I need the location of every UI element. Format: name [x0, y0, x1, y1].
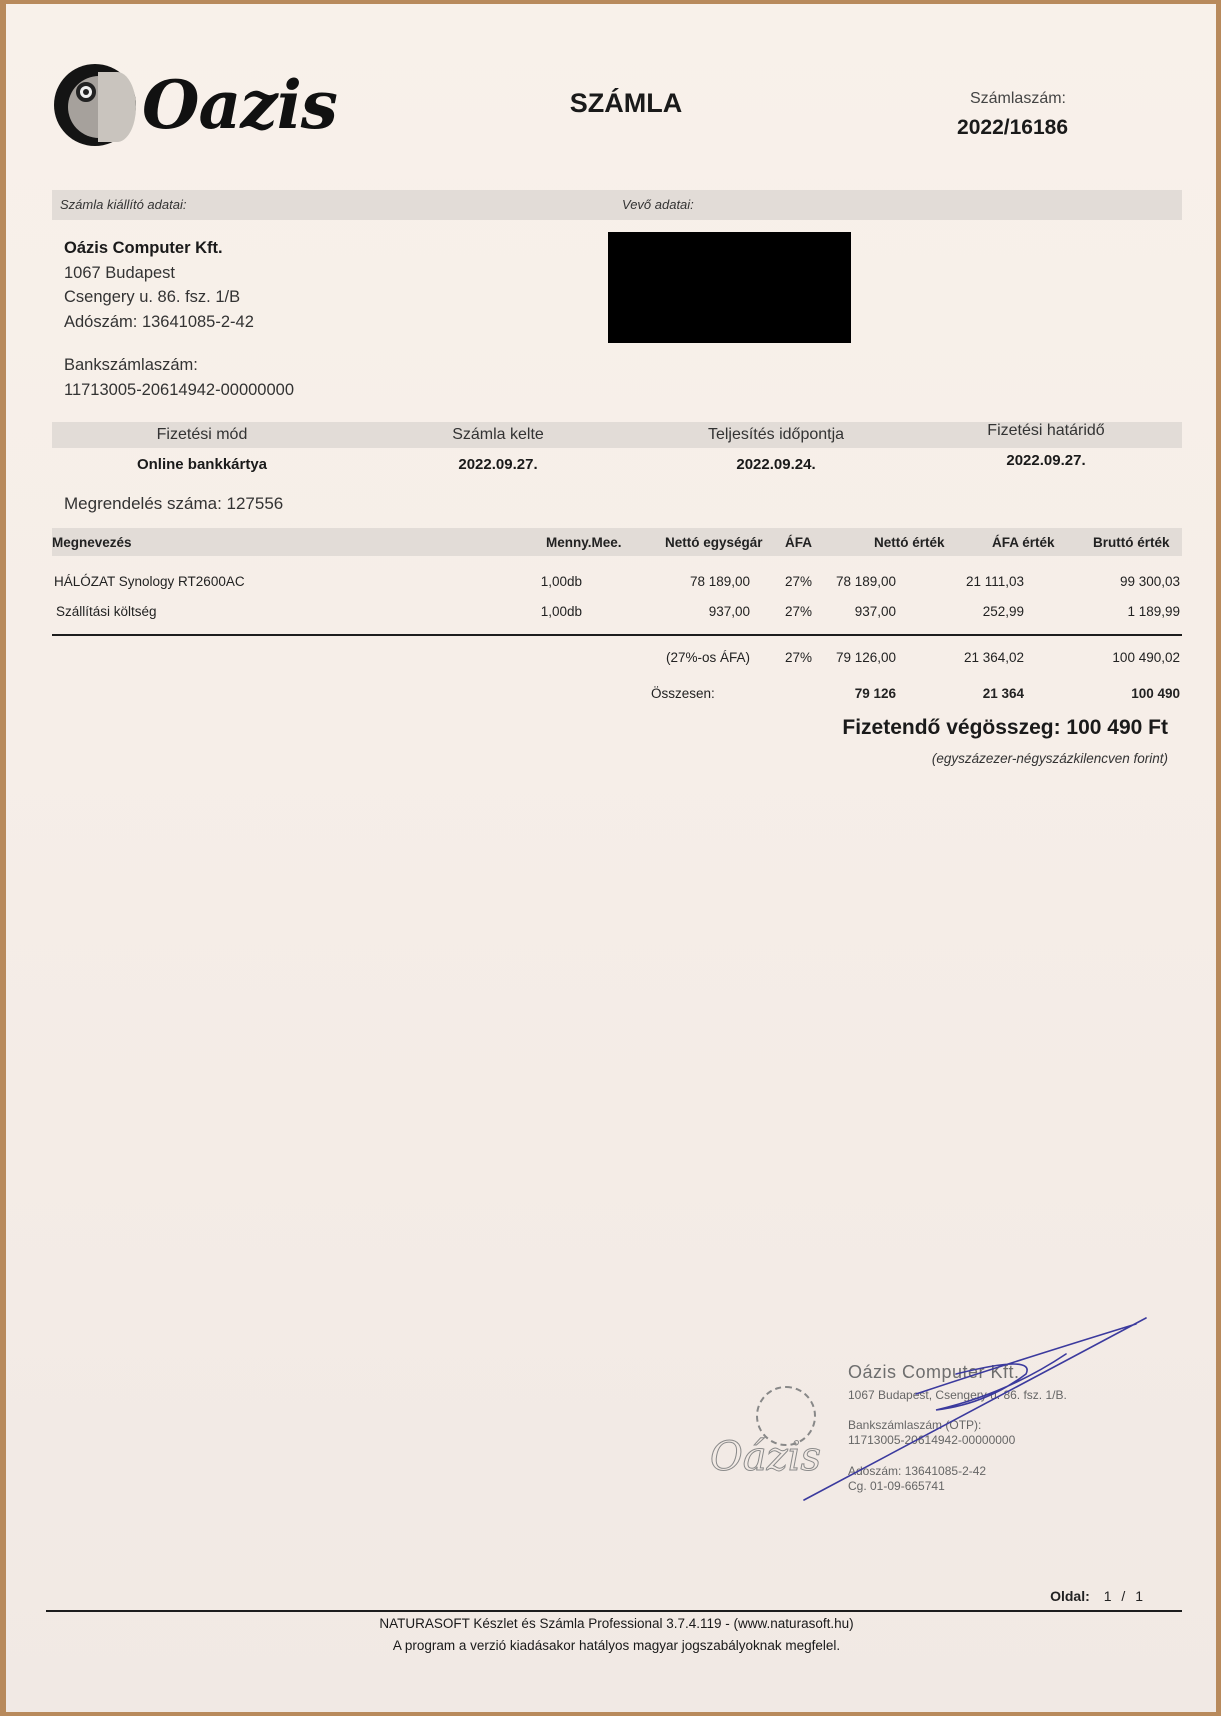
total-gross: 100 490: [1131, 686, 1180, 701]
item-unit-net: 78 189,00: [690, 574, 750, 589]
vat-summary-gross: 100 490,02: [1112, 650, 1180, 665]
order-number: Megrendelés száma: 127556: [64, 494, 283, 514]
page-label: Oldal:: [1050, 1588, 1090, 1604]
item-gross: 99 300,03: [1120, 574, 1180, 589]
seller-bank-account: 11713005-20614942-00000000: [64, 378, 294, 403]
item-vat-rate: 27%: [785, 604, 812, 619]
item-net: 78 189,00: [836, 574, 896, 589]
table-row: HÁLÓZAT Synology RT2600AC 1,00db 78 189,…: [52, 574, 1182, 596]
fulfillment-date-label: Teljesítés időpontja: [636, 426, 916, 444]
page-number: Oldal:1 / 1: [1050, 1588, 1146, 1604]
vat-summary-row: (27%-os ÁFA) 27% 79 126,00 21 364,02 100…: [52, 650, 1182, 672]
payment-due-date-label: Fizetési határidő: [906, 422, 1186, 440]
item-gross: 1 189,99: [1127, 604, 1180, 619]
company-stamp: Oázis Oázis Computer Kft. 1067 Budapest,…: [706, 1314, 1166, 1524]
payment-method-label: Fizetési mód: [62, 426, 342, 444]
invoice-number: 2022/16186: [957, 116, 1068, 140]
item-qty: 1,00db: [541, 604, 582, 619]
col-name-header: Megnevezés: [52, 535, 132, 550]
vat-summary-vat-amount: 21 364,02: [964, 650, 1024, 665]
seller-tax-id: Adószám: 13641085-2-42: [64, 310, 294, 335]
vat-summary-rate: 27%: [785, 650, 812, 665]
col-qty-header: Menny.Mee.: [546, 535, 622, 550]
total-label: Összesen:: [651, 686, 715, 701]
page-value: 1 / 1: [1104, 1588, 1146, 1604]
vat-summary-label: (27%-os ÁFA): [666, 650, 750, 665]
parties-header-band: Számla kiállító adatai: Vevő adatai:: [52, 190, 1182, 220]
item-net: 937,00: [855, 604, 896, 619]
invoice-date-label: Számla kelte: [368, 426, 628, 444]
col-gross-header: Bruttó érték: [1093, 535, 1170, 550]
table-divider: [52, 634, 1182, 636]
seller-section-label: Számla kiállító adatai:: [60, 197, 186, 212]
parrot-logo-icon: [54, 64, 136, 146]
item-vat-rate: 27%: [785, 574, 812, 589]
invoice-date-value: 2022.09.27.: [368, 456, 628, 473]
items-table-header: Megnevezés Menny.Mee. Nettó egységár ÁFA…: [52, 528, 1182, 556]
item-qty: 1,00db: [541, 574, 582, 589]
invoice-number-label: Számlaszám:: [970, 90, 1066, 108]
amount-in-words: (egyszázezer-négyszázkilencven forint): [932, 751, 1168, 766]
total-vat-amount: 21 364: [983, 686, 1024, 701]
document-title: SZÁMLA: [506, 88, 746, 119]
payment-due-date-value: 2022.09.27.: [906, 452, 1186, 469]
seller-street: Csengery u. 86. fsz. 1/B: [64, 285, 294, 310]
buyer-details-redacted: [608, 232, 851, 343]
payment-method-value: Online bankkártya: [62, 456, 342, 473]
signature-icon: [706, 1314, 1166, 1524]
seller-name: Oázis Computer Kft.: [64, 236, 294, 261]
item-name: Szállítási költség: [56, 604, 157, 619]
item-unit-net: 937,00: [709, 604, 750, 619]
software-credit: NATURASOFT Készlet és Számla Professiona…: [6, 1616, 1221, 1631]
col-unit-net-header: Nettó egységár: [665, 535, 763, 550]
buyer-section-label: Vevő adatai:: [622, 197, 694, 212]
logo-wordmark: Oazis: [142, 72, 337, 138]
invoice-page: Oazis SZÁMLA Számlaszám: 2022/16186 Szám…: [6, 4, 1216, 1712]
col-net-header: Nettó érték: [874, 535, 945, 550]
col-vat-header: ÁFA: [785, 535, 812, 550]
total-net: 79 126: [855, 686, 896, 701]
seller-bank-label: Bankszámlaszám:: [64, 353, 294, 378]
col-vat-amount-header: ÁFA érték: [992, 535, 1055, 550]
company-logo: Oazis: [50, 60, 350, 160]
item-vat-amount: 21 111,03: [966, 574, 1024, 589]
seller-city: 1067 Budapest: [64, 261, 294, 286]
legal-notice: A program a verzió kiadásakor hatályos m…: [6, 1638, 1221, 1653]
seller-details: Oázis Computer Kft. 1067 Budapest Csenge…: [64, 236, 294, 402]
vat-summary-net: 79 126,00: [836, 650, 896, 665]
fulfillment-date-value: 2022.09.24.: [636, 456, 916, 473]
footer-divider: [46, 1610, 1182, 1612]
total-row: Összesen: 79 126 21 364 100 490: [52, 686, 1182, 708]
item-vat-amount: 252,99: [983, 604, 1024, 619]
grand-total: Fizetendő végösszeg: 100 490 Ft: [842, 716, 1168, 740]
item-name: HÁLÓZAT Synology RT2600AC: [54, 574, 245, 589]
table-row: Szállítási költség 1,00db 937,00 27% 937…: [52, 604, 1182, 626]
